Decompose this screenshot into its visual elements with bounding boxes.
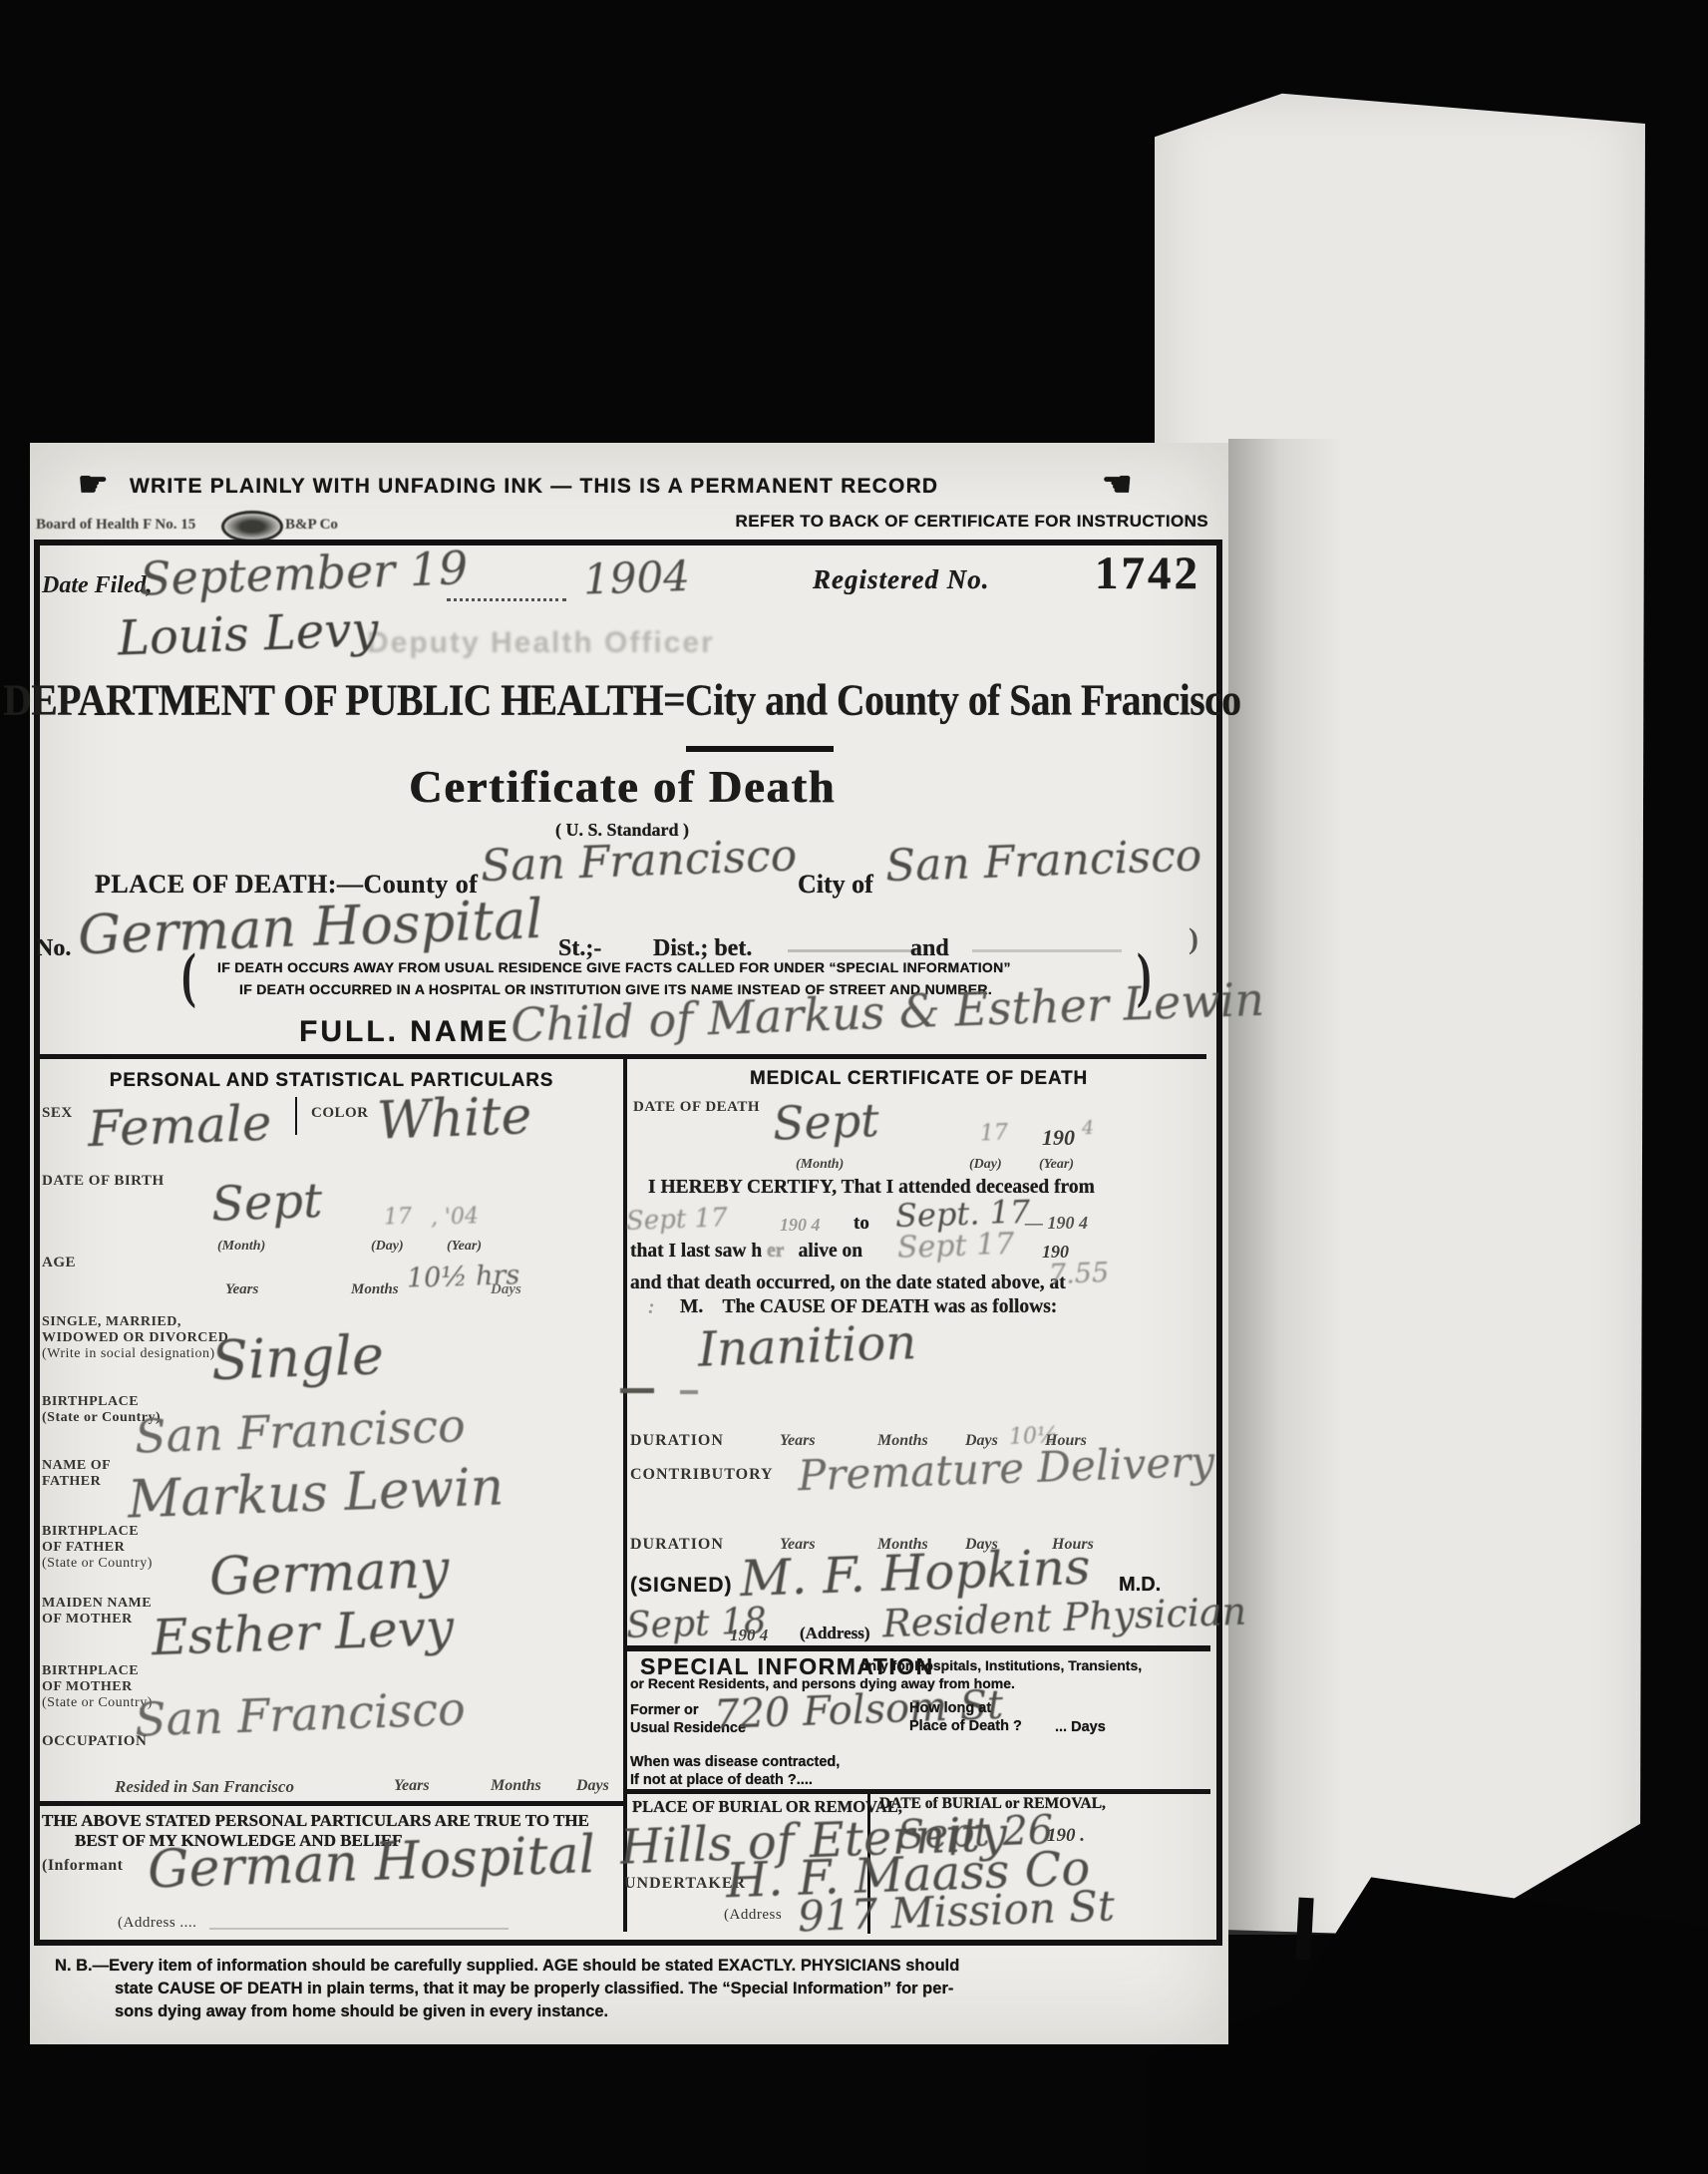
father-birthplace-value: Germany bbox=[208, 1540, 450, 1608]
saw-b: er bbox=[767, 1241, 784, 1262]
mother-birthplace-value: San Francisco bbox=[134, 1681, 466, 1747]
nb-line-1: N. B.—Every item of information should b… bbox=[55, 1957, 959, 1976]
duration-label-1: DURATION bbox=[630, 1432, 724, 1450]
st-label: St.;- bbox=[558, 935, 601, 962]
father-bp-l1: BIRTHPLACE bbox=[42, 1524, 153, 1540]
saw-a: that I last saw h bbox=[630, 1241, 762, 1262]
dod-month: Sept bbox=[772, 1093, 879, 1151]
faint-dash bbox=[209, 1928, 509, 1930]
dod-label: DATE OF DEATH bbox=[633, 1099, 760, 1116]
medical-section-title: MEDICAL CERTIFICATE OF DEATH bbox=[627, 1068, 1210, 1090]
divider-columns bbox=[623, 1059, 627, 1932]
sex-label: SEX bbox=[42, 1105, 73, 1122]
sex-value: Female bbox=[87, 1094, 272, 1158]
mother-value: Esther Levy bbox=[151, 1599, 455, 1667]
faint-dash bbox=[972, 949, 1122, 952]
burial-divider bbox=[627, 1789, 1210, 1794]
close-paren: ) bbox=[1189, 922, 1198, 956]
m-label: M. bbox=[680, 1296, 703, 1317]
contracted-l1: When was disease contracted, bbox=[630, 1753, 840, 1771]
father-l2: FATHER bbox=[42, 1474, 111, 1490]
dob-day: 17 bbox=[384, 1205, 413, 1231]
banner-title: WRITE PLAINLY WITH UNFADING INK — THIS I… bbox=[130, 475, 938, 499]
death-time: 7.55 bbox=[1048, 1258, 1109, 1290]
photo-canvas: ☛ WRITE PLAINLY WITH UNFADING INK — THIS… bbox=[0, 0, 1708, 2174]
dob-year: , '04 bbox=[431, 1204, 480, 1231]
faint-dash bbox=[680, 1390, 698, 1394]
cause-line: M. The CAUSE OF DEATH was as follows: bbox=[680, 1296, 1057, 1318]
marital-l1: SINGLE, MARRIED, bbox=[42, 1314, 228, 1330]
resided-months: Months bbox=[491, 1777, 541, 1795]
attest-divider bbox=[40, 1801, 623, 1806]
resided-years: Years bbox=[394, 1777, 430, 1795]
pointing-hand-icon: ☛ bbox=[78, 465, 108, 505]
dod-day-caption: (Day) bbox=[969, 1157, 1002, 1173]
howlong-days: ... Days bbox=[1055, 1719, 1106, 1735]
paren-open: ( bbox=[181, 939, 196, 1010]
dob-month: Sept bbox=[210, 1173, 323, 1233]
color-value: White bbox=[376, 1086, 532, 1151]
department-title-text: DEPARTMENT OF PUBLIC HEALTH=City and Cou… bbox=[3, 673, 1240, 726]
nb-line-2: state CAUSE OF DEATH in plain terms, tha… bbox=[115, 1980, 953, 1998]
city-of-label: City of bbox=[798, 870, 873, 900]
contracted-label: When was disease contracted, If not at p… bbox=[630, 1753, 840, 1789]
cause-label: The CAUSE OF DEATH was as follows: bbox=[722, 1296, 1057, 1317]
dotted-line bbox=[447, 580, 566, 601]
dob-month-caption: (Month) bbox=[217, 1239, 265, 1255]
book-tab bbox=[1295, 1898, 1313, 1961]
date-filed-year: 1904 bbox=[582, 551, 691, 604]
special-divider bbox=[627, 1645, 1210, 1651]
signed-label: (SIGNED) bbox=[630, 1574, 733, 1598]
attended-from-date: Sept 17 bbox=[626, 1203, 729, 1237]
attended-to-year: — 190 4 bbox=[1025, 1213, 1088, 1234]
dob-label: DATE OF BIRTH bbox=[42, 1173, 165, 1190]
age-days-caption: Days bbox=[491, 1281, 521, 1298]
father-bp-l2: OF FATHER bbox=[42, 1540, 153, 1556]
age-years-caption: Years bbox=[225, 1281, 258, 1298]
nb-line-3: sons dying away from home should be give… bbox=[115, 2002, 608, 2021]
color-label: COLOR bbox=[311, 1105, 369, 1122]
occupation-label: OCCUPATION bbox=[42, 1733, 147, 1750]
faint-dash bbox=[620, 1388, 654, 1393]
printer-stamp bbox=[221, 511, 283, 543]
full-name-label: FULL. NAME bbox=[299, 1015, 511, 1049]
father-label: NAME OF FATHER bbox=[42, 1458, 111, 1490]
undertaker-address-label: (Address bbox=[724, 1907, 782, 1924]
dob-year-caption: (Year) bbox=[447, 1239, 482, 1255]
dod-year-digit: 4 bbox=[1082, 1117, 1095, 1139]
marital-l3: (Write in social designation) bbox=[42, 1346, 228, 1362]
age-months-caption: Months bbox=[351, 1281, 399, 1298]
printer-plate-text: Board of Health F No. 15 bbox=[36, 517, 195, 534]
birthplace-value: San Francisco bbox=[134, 1398, 466, 1464]
death-occurred-line: and that death occurred, on the date sta… bbox=[630, 1272, 1066, 1294]
father-birthplace-label: BIRTHPLACE OF FATHER (State or Country) bbox=[42, 1524, 153, 1572]
contributory-label: CONTRIBUTORY bbox=[630, 1466, 774, 1484]
marital-label: SINGLE, MARRIED, WIDOWED OR DIVORCED (Wr… bbox=[42, 1314, 228, 1362]
and-label: and bbox=[910, 935, 949, 962]
printer-plate-co: B&P Co bbox=[285, 517, 338, 534]
dod-year: 190 bbox=[1042, 1125, 1075, 1151]
title-divider bbox=[686, 746, 834, 752]
sex-color-divider bbox=[295, 1097, 297, 1135]
informant-label: (Informant bbox=[42, 1857, 123, 1875]
marital-l2: WIDOWED OR DIVORCED bbox=[42, 1330, 228, 1346]
meridiem-mark: : bbox=[648, 1296, 655, 1319]
last-saw-date: Sept 17 bbox=[896, 1227, 1014, 1266]
to-label: to bbox=[854, 1213, 869, 1235]
age-label: AGE bbox=[42, 1255, 76, 1271]
dod-day: 17 bbox=[980, 1121, 1009, 1147]
informant-address-label: (Address .... bbox=[118, 1915, 196, 1932]
duration-label-2: DURATION bbox=[630, 1536, 724, 1554]
last-saw-line: that I last saw h er alive on bbox=[630, 1241, 862, 1263]
saw-c: alive on bbox=[799, 1241, 862, 1262]
father-bp-l3: (State or Country) bbox=[42, 1556, 153, 1572]
signed-address-label: (Address) bbox=[800, 1624, 870, 1643]
registered-no-label: Registered No. bbox=[813, 564, 989, 595]
contracted-l2: If not at place of death ?.... bbox=[630, 1771, 840, 1789]
no-label: No. bbox=[36, 935, 71, 962]
certificate-title-text: Certificate of Death bbox=[409, 760, 836, 813]
personal-section-title: PERSONAL AND STATISTICAL PARTICULARS bbox=[40, 1070, 623, 1092]
special-note-1: only for Hospitals, Institutions, Transi… bbox=[859, 1657, 1142, 1673]
date-filed-label: Date Filed, bbox=[42, 572, 153, 599]
marital-value: Single bbox=[210, 1323, 385, 1392]
father-l1: NAME OF bbox=[42, 1458, 111, 1474]
refer-instructions: REFER TO BACK OF CERTIFICATE FOR INSTRUC… bbox=[658, 512, 1208, 532]
mother-l2: OF MOTHER bbox=[42, 1612, 152, 1628]
paren-note-1: IF DEATH OCCURS AWAY FROM USUAL RESIDENC… bbox=[217, 959, 1011, 975]
resided-days: Days bbox=[576, 1777, 609, 1795]
mother-bp-l1: BIRTHPLACE bbox=[42, 1663, 153, 1679]
dod-year-caption: (Year) bbox=[1039, 1157, 1074, 1173]
mother-l1: MAIDEN NAME bbox=[42, 1596, 152, 1612]
attended-from-year: 190 4 bbox=[780, 1215, 821, 1236]
faint-dash bbox=[788, 949, 917, 952]
signed-year: 190 4 bbox=[730, 1626, 768, 1645]
ghost-stamp: Deputy Health Officer bbox=[367, 626, 715, 660]
howlong-l1: How long at bbox=[909, 1699, 1022, 1717]
resided-label: Resided in San Francisco bbox=[115, 1777, 294, 1797]
registrar-signature: Louis Levy bbox=[117, 601, 379, 666]
dod-month-caption: (Month) bbox=[796, 1157, 844, 1173]
date-filed-value: September 19 bbox=[139, 541, 469, 605]
mother-label: MAIDEN NAME OF MOTHER bbox=[42, 1596, 152, 1628]
page-gutter-shadow bbox=[1228, 439, 1343, 1935]
cause-value: Inanition bbox=[697, 1314, 917, 1378]
dob-day-caption: (Day) bbox=[371, 1239, 404, 1255]
pointing-hand-icon: ☚ bbox=[1102, 465, 1132, 505]
howlong-l2: Place of Death ? bbox=[909, 1717, 1022, 1735]
registered-no-value: 1742 bbox=[1095, 546, 1200, 600]
duration1-years: Years bbox=[780, 1432, 816, 1450]
howlong-label: How long at Place of Death ? bbox=[909, 1699, 1022, 1735]
birthplace-l1: BIRTHPLACE bbox=[42, 1394, 161, 1410]
dist-label: Dist.; bet. bbox=[653, 935, 752, 962]
